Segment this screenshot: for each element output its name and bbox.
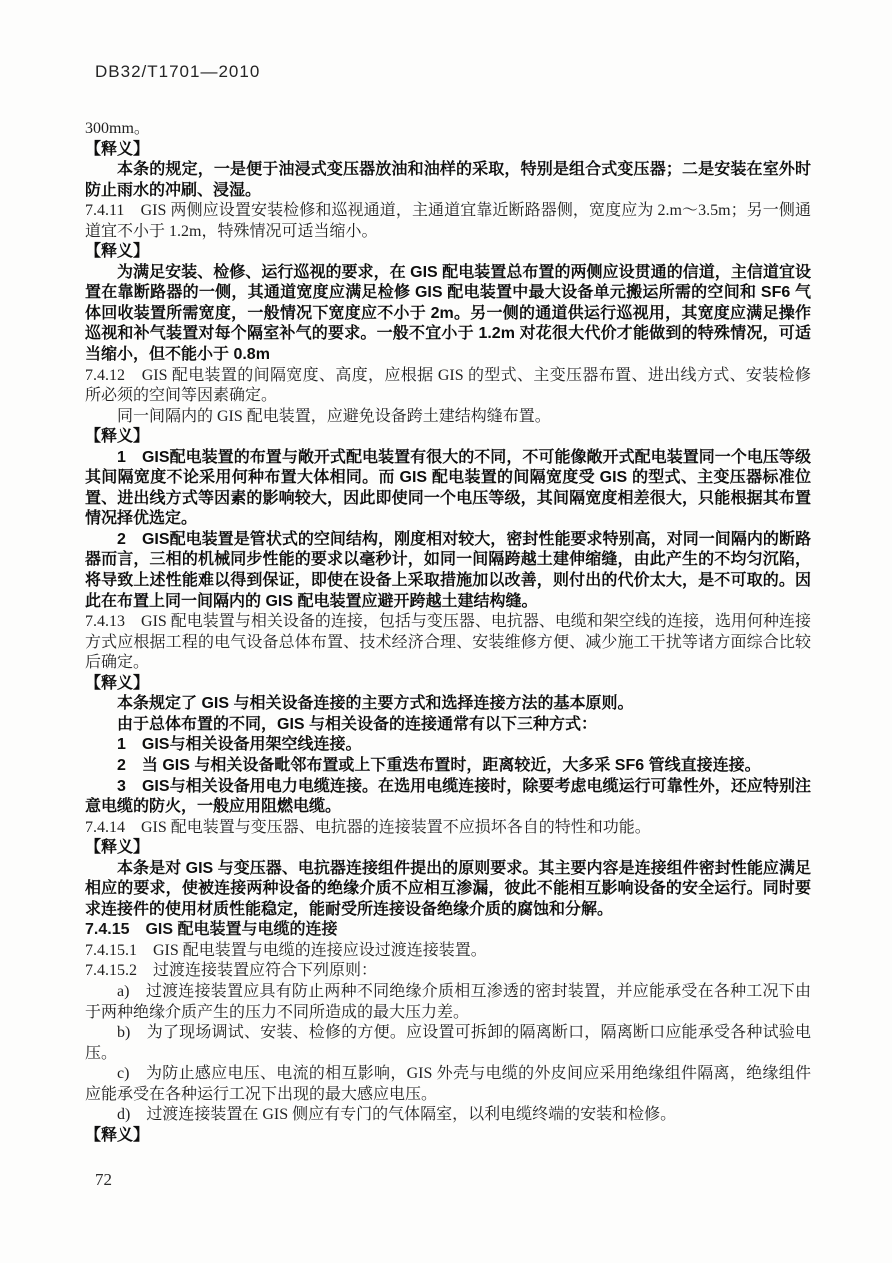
explain-paragraph: 2 GIS配电装置是管状式的空间结构，刚度相对较大，密封性能要求特别高，对同一间… <box>85 530 811 612</box>
shiyi-heading: 【释义】 <box>85 1126 811 1147</box>
clause-paragraph: 7.4.15.1 GIS 配电装置与电缆的连接应设过渡连接装置。 <box>85 941 811 962</box>
clause-paragraph: c) 为防止感应电压、电流的相互影响，GIS 外壳与电缆的外皮间应采用绝缘组件隔… <box>85 1064 811 1105</box>
explain-paragraph: 本条是对 GIS 与变压器、电抗器连接组件提出的原则要求。其主要内容是连接组件密… <box>85 859 811 921</box>
clause-paragraph: 7.4.15.2 过渡连接装置应符合下列原则： <box>85 961 811 982</box>
shiyi-heading: 【释义】 <box>85 242 811 263</box>
clause-paragraph: 7.4.14 GIS 配电装置与变压器、电抗器的连接装置不应损坏各自的特性和功能… <box>85 818 811 839</box>
explain-paragraph: 1 GIS与相关设备用架空线连接。 <box>85 735 811 756</box>
clause-paragraph: b) 为了现场调试、安装、检修的方便。应设置可拆卸的隔离断口，隔离断口应能承受各… <box>85 1023 811 1064</box>
document-body: 300mm。【释义】本条的规定，一是便于油浸式变压器放油和油样的采取，特别是组合… <box>85 119 811 1146</box>
clause-paragraph: d) 过渡连接装置在 GIS 侧应有专门的气体隔室，以利电缆终端的安装和检修。 <box>85 1105 811 1126</box>
explain-paragraph: 1 GIS配电装置的布置与敞开式配电装置有很大的不同，不可能像敞开式配电装置同一… <box>85 448 811 530</box>
explain-paragraph: 由于总体布置的不同，GIS 与相关设备的连接通常有以下三种方式： <box>85 715 811 736</box>
explain-paragraph: 本条规定了 GIS 与相关设备连接的主要方式和选择连接方法的基本原则。 <box>85 694 811 715</box>
clause-paragraph: 7.4.15 GIS 配电装置与电缆的连接 <box>85 920 811 941</box>
clause-paragraph: 7.4.11 GIS 两侧应设置安装检修和巡视通道，主通道宜靠近断路器侧，宽度应… <box>85 201 811 242</box>
shiyi-heading: 【释义】 <box>85 140 811 161</box>
clause-paragraph: 同一间隔内的 GIS 配电装置，应避免设备跨土建结构缝布置。 <box>85 407 811 428</box>
clause-paragraph: 7.4.12 GIS 配电装置的间隔宽度、高度，应根据 GIS 的型式、主变压器… <box>85 366 811 407</box>
explain-paragraph: 2 当 GIS 与相关设备毗邻布置或上下重迭布置时，距离较近，大多采 SF6 管… <box>85 756 811 777</box>
clause-paragraph: a) 过渡连接装置应具有防止两种不同绝缘介质相互渗透的密封装置，并应能承受在各种… <box>85 982 811 1023</box>
shiyi-heading: 【释义】 <box>85 674 811 695</box>
explain-paragraph: 为满足安装、检修、运行巡视的要求，在 GIS 配电装置总布置的两侧应设贯通的信道… <box>85 263 811 366</box>
clause-paragraph: 7.4.13 GIS 配电装置与相关设备的连接，包括与变压器、电抗器、电缆和架空… <box>85 612 811 674</box>
shiyi-heading: 【释义】 <box>85 427 811 448</box>
clause-paragraph: 300mm。 <box>85 119 811 140</box>
shiyi-heading: 【释义】 <box>85 838 811 859</box>
page-number: 72 <box>95 1170 112 1190</box>
scanned-standard-page: DB32/T1701—2010 300mm。【释义】本条的规定，一是便于油浸式变… <box>0 0 892 1263</box>
explain-paragraph: 3 GIS与相关设备用电力电缆连接。在选用电缆连接时，除要考虑电缆运行可靠性外，… <box>85 777 811 818</box>
explain-paragraph: 本条的规定，一是便于油浸式变压器放油和油样的采取，特别是组合式变压器；二是安装在… <box>85 160 811 201</box>
document-code-header: DB32/T1701—2010 <box>95 62 260 82</box>
